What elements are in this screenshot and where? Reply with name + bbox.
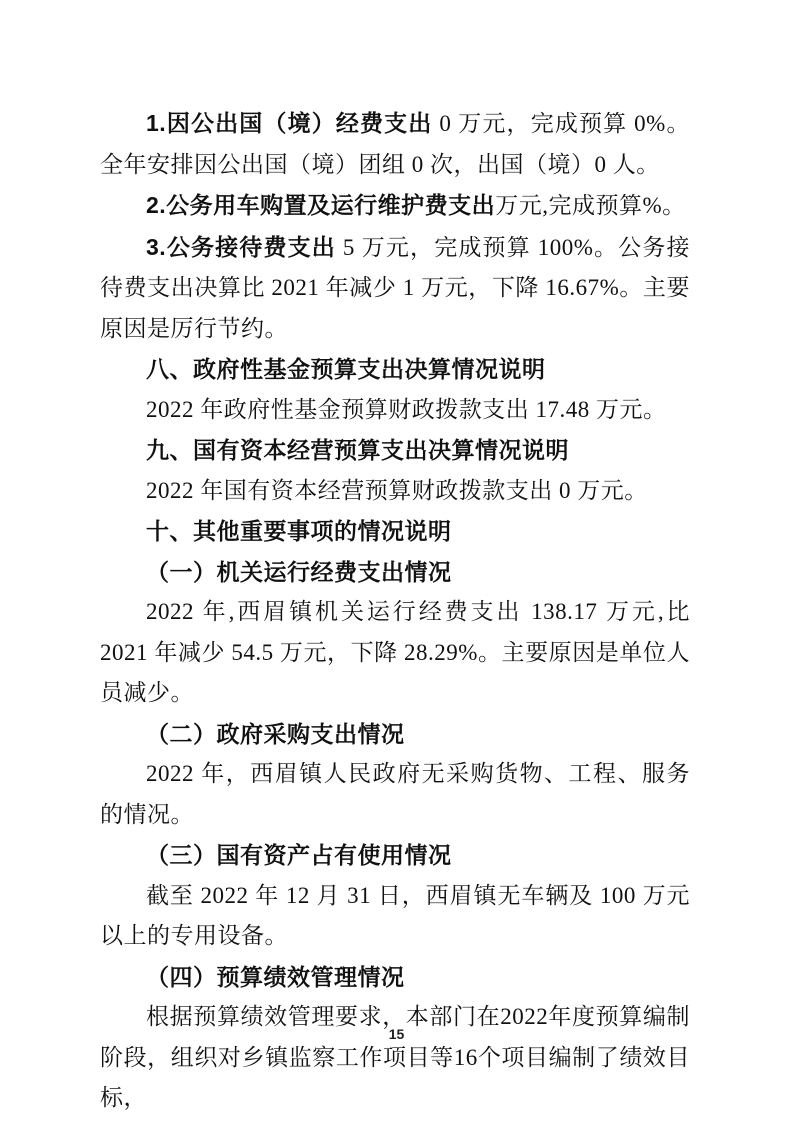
- paragraph-official-vehicle-expense: 2.公务用车购置及运行维护费支出万元,完成预算%。: [100, 185, 690, 227]
- paragraph-lead: 2.公务用车购置及运行维护费支出: [146, 192, 495, 218]
- heading-section-8-government-funds: 八、政府性基金预算支出决算情况说明: [100, 349, 690, 390]
- heading-sub-3-state-assets-usage: （三）国有资产占有使用情况: [100, 835, 690, 876]
- paragraph-lead: 1.因公出国（境）经费支出: [146, 110, 432, 136]
- paragraph-government-procurement: 2022 年，西眉镇人民政府无采购货物、工程、服务的情况。: [100, 754, 690, 835]
- paragraph-text: 万元,完成预算%。: [495, 193, 685, 218]
- heading-section-10-other-matters: 十、其他重要事项的情况说明: [100, 511, 690, 552]
- heading-section-9-state-capital: 九、国有资本经营预算支出决算情况说明: [100, 430, 690, 471]
- heading-sub-1-agency-operating-expense: （一）机关运行经费支出情况: [100, 552, 690, 593]
- document-body: 1.因公出国（境）经费支出 0 万元，完成预算 0%。全年安排因公出国（境）团组…: [100, 103, 690, 1119]
- paragraph-budget-performance: 根据预算绩效管理要求，本部门在2022年度预算编制阶段，组织对乡镇监察工作项目等…: [100, 997, 690, 1119]
- page-number: 15: [0, 1026, 793, 1042]
- paragraph-official-reception-expense: 3.公务接待费支出 5 万元，完成预算 100%。公务接待费支出决算比 2021…: [100, 227, 690, 350]
- paragraph-outbound-travel-expense: 1.因公出国（境）经费支出 0 万元，完成预算 0%。全年安排因公出国（境）团组…: [100, 103, 690, 185]
- paragraph-government-funds-expense: 2022 年政府性基金预算财政拨款支出 17.48 万元。: [100, 390, 690, 431]
- paragraph-agency-operating-expense: 2022 年,西眉镇机关运行经费支出 138.17 万元,比 2021 年减少 …: [100, 592, 690, 714]
- paragraph-state-assets-usage: 截至 2022 年 12 月 31 日，西眉镇无车辆及 100 万元以上的专用设…: [100, 876, 690, 957]
- paragraph-state-capital-expense: 2022 年国有资本经营预算财政拨款支出 0 万元。: [100, 471, 690, 512]
- paragraph-lead: 3.公务接待费支出: [146, 234, 336, 260]
- heading-sub-2-government-procurement: （二）政府采购支出情况: [100, 714, 690, 755]
- heading-sub-4-budget-performance: （四）预算绩效管理情况: [100, 957, 690, 998]
- document-page: 1.因公出国（境）经费支出 0 万元，完成预算 0%。全年安排因公出国（境）团组…: [0, 0, 793, 1122]
